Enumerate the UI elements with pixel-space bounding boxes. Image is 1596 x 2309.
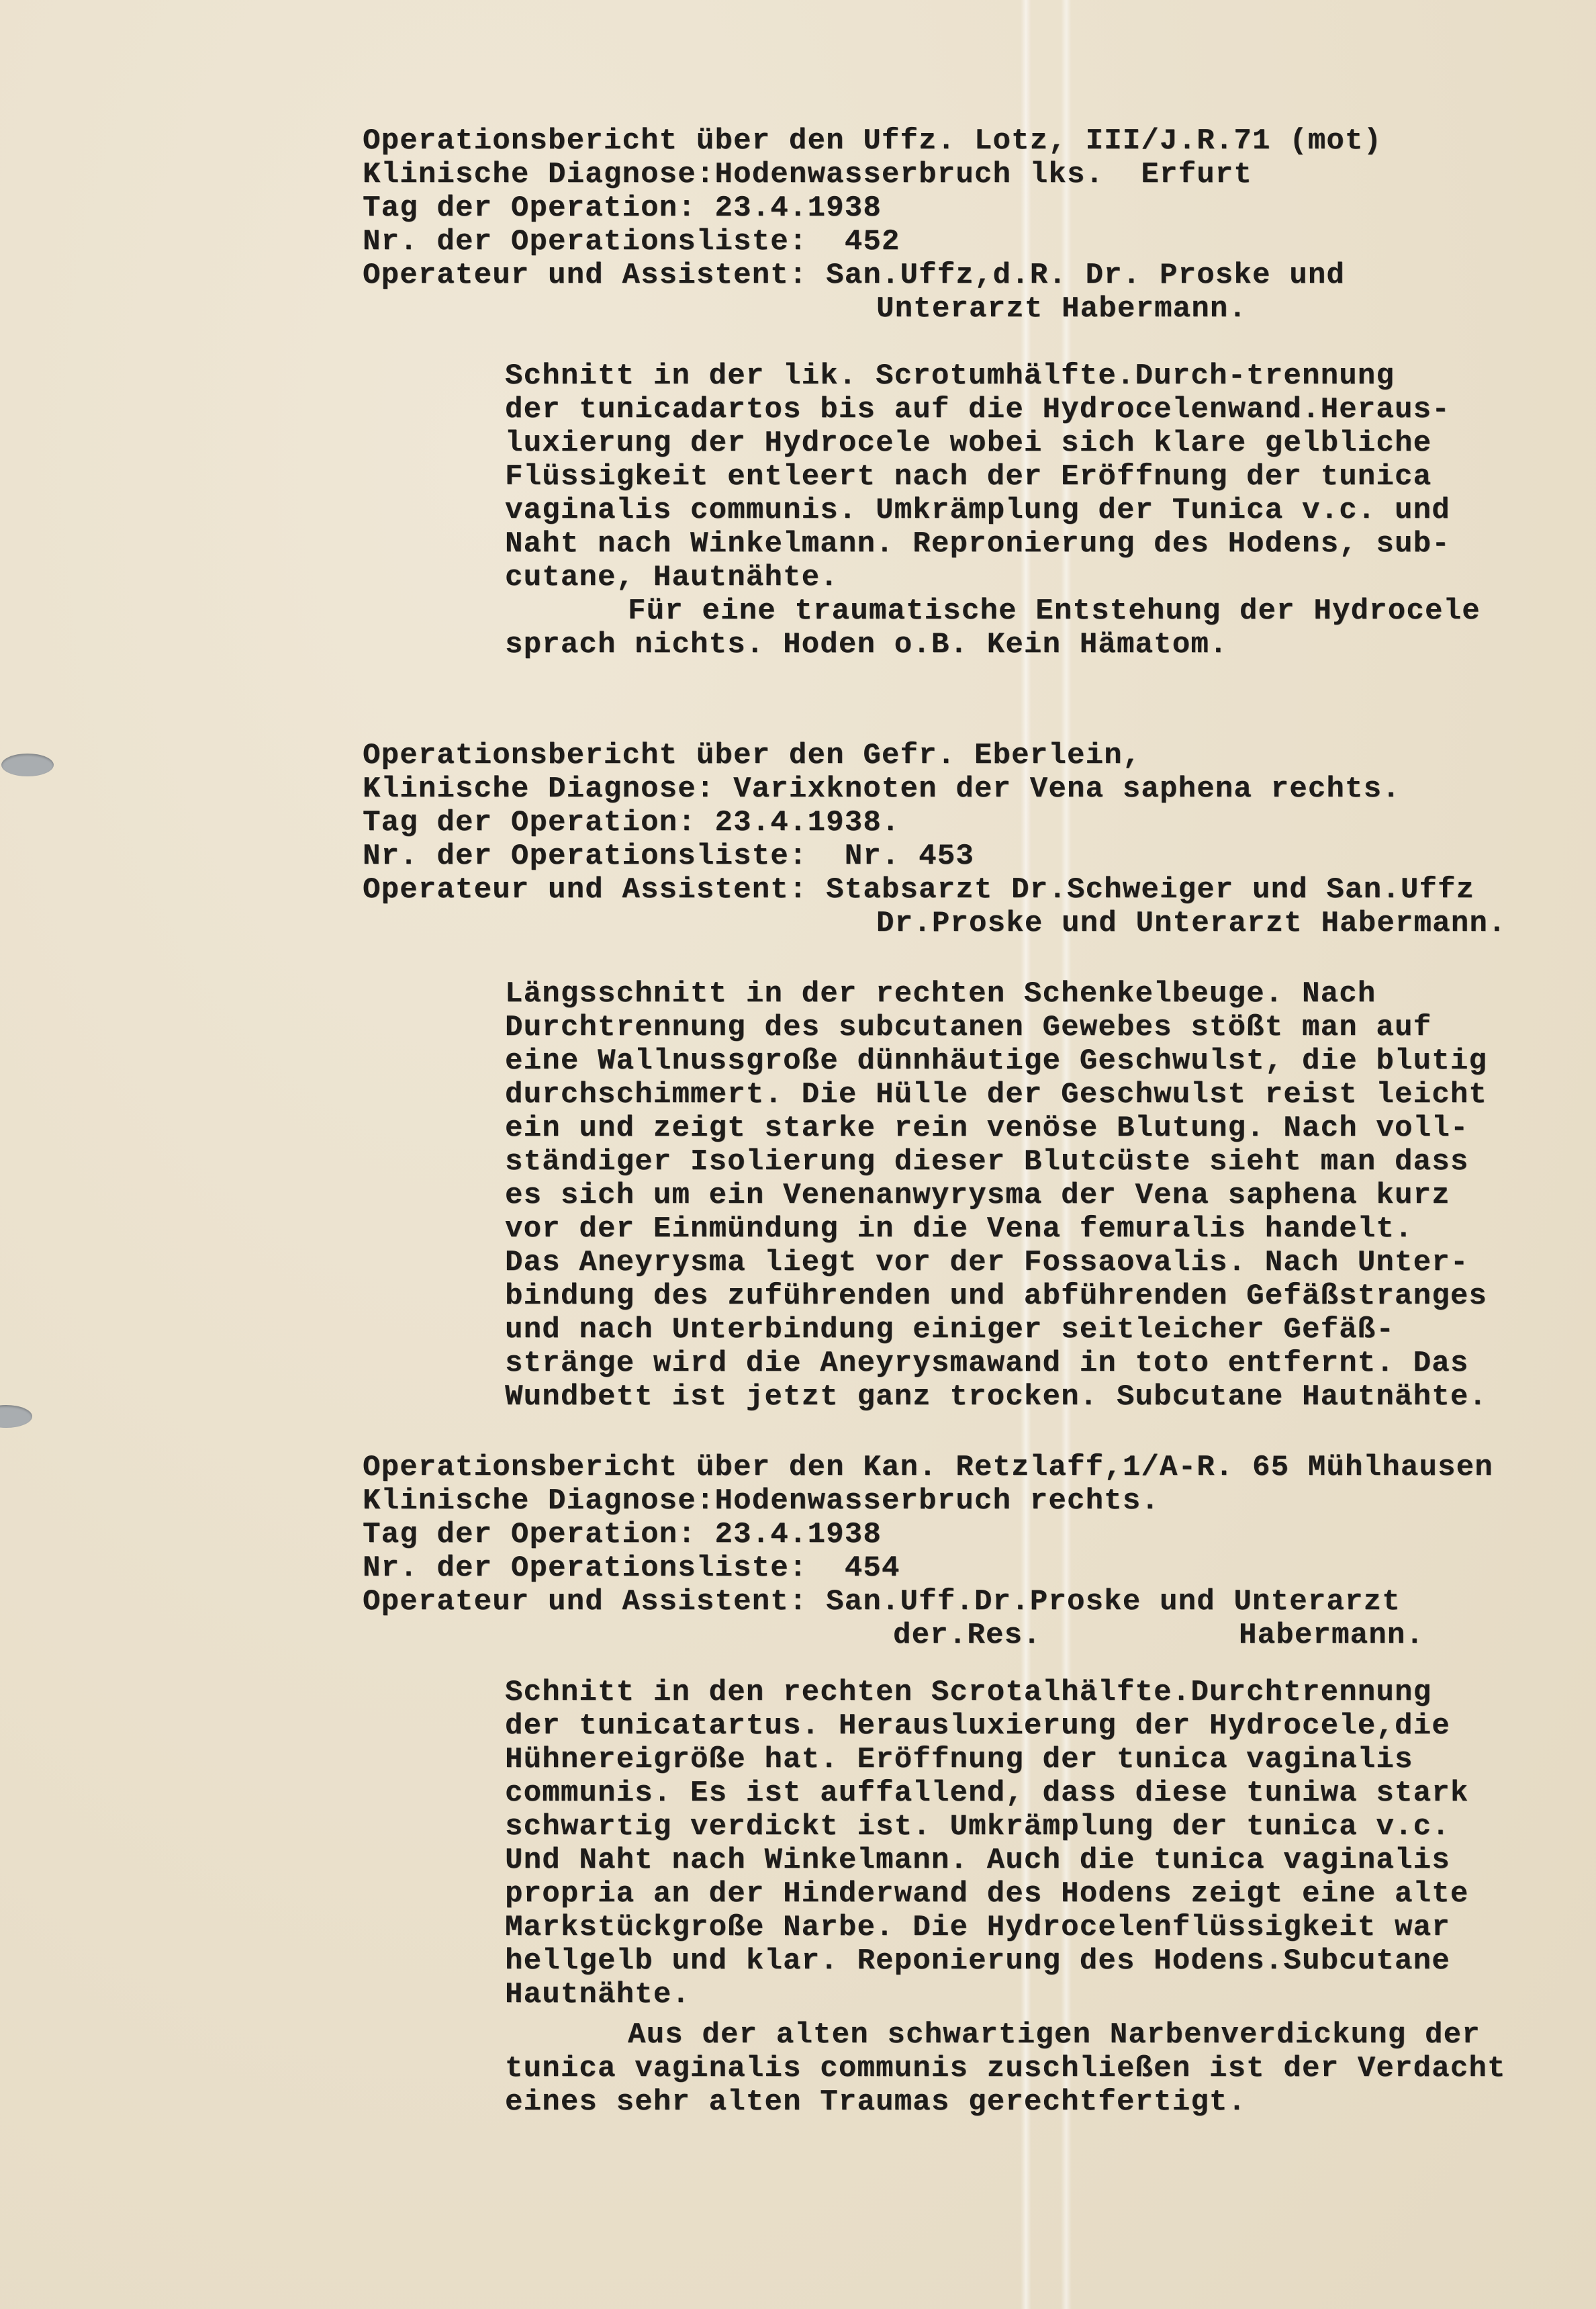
punch-hole-top — [1, 754, 54, 776]
body-line: Flüssigkeit entleert nach der Eröffnung … — [505, 460, 1431, 494]
body-line: Markstückgroße Narbe. Die Hydrocelenflüs… — [505, 1911, 1450, 1944]
diagnosis: Klinische Diagnose:Hodenwasserbruch lks.… — [363, 158, 1252, 191]
body-line: hellgelb und klar. Reponierung des Hoden… — [505, 1944, 1450, 1978]
diagnosis: Klinische Diagnose:Hodenwasserbruch rech… — [363, 1484, 1160, 1518]
body-line: bindung des zuführenden und abführenden … — [505, 1279, 1487, 1313]
conclusion-line: sprach nichts. Hoden o.B. Kein Hämatom. — [505, 628, 1228, 662]
surgeons-rank: der.Res. — [893, 1619, 1041, 1652]
body-line: vaginalis communis. Umkrämplung der Tuni… — [505, 494, 1450, 527]
operation-date: Tag der Operation: 23.4.1938 — [363, 1518, 882, 1551]
body-line: Durchtrennung des subcutanen Gewebes stö… — [505, 1011, 1431, 1044]
body-line: vor der Einmündung in die Vena femuralis… — [505, 1212, 1413, 1246]
body-line: Schnitt in den rechten Scrotalhälfte.Dur… — [505, 1676, 1431, 1709]
surgeons-cont: Unterarzt Habermann. — [876, 292, 1247, 326]
report-title: Operationsbericht über den Uffz. Lotz, I… — [363, 124, 1382, 158]
operation-list-number: Nr. der Operationsliste: Nr. 453 — [363, 840, 974, 873]
operation-list-number: Nr. der Operationsliste: 454 — [363, 1551, 900, 1585]
conclusion-line: Aus der alten schwartigen Narbenverdicku… — [628, 2018, 1481, 2052]
body-line: stränge wird die Aneyrysmawand in toto e… — [505, 1347, 1468, 1380]
report-title: Operationsbericht über den Kan. Retzlaff… — [363, 1451, 1493, 1484]
report-title: Operationsbericht über den Gefr. Eberlei… — [363, 739, 1141, 772]
diagnosis: Klinische Diagnose: Varixknoten der Vena… — [363, 772, 1401, 806]
surgeons: Operateur und Assistent: San.Uff.Dr.Pros… — [363, 1585, 1401, 1619]
surgeons: Operateur und Assistent: San.Uffz,d.R. D… — [363, 259, 1345, 292]
body-line: communis. Es ist auffallend, dass diese … — [505, 1776, 1468, 1810]
body-line: ein und zeigt starke rein venöse Blutung… — [505, 1112, 1468, 1145]
body-line: der tunicatartus. Herausluxierung der Hy… — [505, 1709, 1450, 1743]
body-line: schwartig verdickt ist. Umkrämplung der … — [505, 1810, 1450, 1844]
body-line: Und Naht nach Winkelmann. Auch die tunic… — [505, 1844, 1450, 1877]
operation-date: Tag der Operation: 23.4.1938. — [363, 806, 900, 840]
body-line: durchschimmert. Die Hülle der Geschwulst… — [505, 1078, 1487, 1112]
operation-date: Tag der Operation: 23.4.1938 — [363, 191, 882, 225]
conclusion-line: eines sehr alten Traumas gerechtfertigt. — [505, 2085, 1246, 2119]
body-line: Schnitt in der lik. Scrotumhälfte.Durch-… — [505, 359, 1395, 393]
conclusion-line: Für eine traumatische Entstehung der Hyd… — [628, 594, 1481, 628]
body-line: propria an der Hinderwand des Hodens zei… — [505, 1877, 1468, 1911]
body-line: eine Wallnussgroße dünnhäutige Geschwuls… — [505, 1044, 1487, 1078]
body-line: Naht nach Winkelmann. Repronierung des H… — [505, 527, 1450, 561]
body-line: ständiger Isolierung dieser Blutcüste si… — [505, 1145, 1468, 1179]
body-line: cutane, Hautnähte. — [505, 561, 839, 594]
body-line: der tunicadartos bis auf die Hydrocelenw… — [505, 393, 1450, 426]
operation-list-number: Nr. der Operationsliste: 452 — [363, 225, 900, 259]
body-line: Wundbett ist jetzt ganz trocken. Subcuta… — [505, 1380, 1487, 1414]
body-line: Längsschnitt in der rechten Schenkelbeug… — [505, 977, 1376, 1011]
body-line: luxierung der Hydrocele wobei sich klare… — [505, 426, 1431, 460]
surgeons-cont: Habermann. — [1239, 1619, 1424, 1652]
conclusion-line: tunica vaginalis communis zuschließen is… — [505, 2052, 1506, 2085]
surgeons: Operateur und Assistent: Stabsarzt Dr.Sc… — [363, 873, 1474, 907]
body-line: Hühnereigröße hat. Eröffnung der tunica … — [505, 1743, 1413, 1776]
body-line: Das Aneyrysma liegt vor der Fossaovalis.… — [505, 1246, 1468, 1279]
body-line: und nach Unterbindung einiger seitleiche… — [505, 1313, 1395, 1347]
surgeons-cont: Dr.Proske und Unterarzt Habermann. — [876, 907, 1507, 940]
body-line: Hautnähte. — [505, 1978, 690, 2011]
body-line: es sich um ein Venenanwyrysma der Vena s… — [505, 1179, 1450, 1212]
